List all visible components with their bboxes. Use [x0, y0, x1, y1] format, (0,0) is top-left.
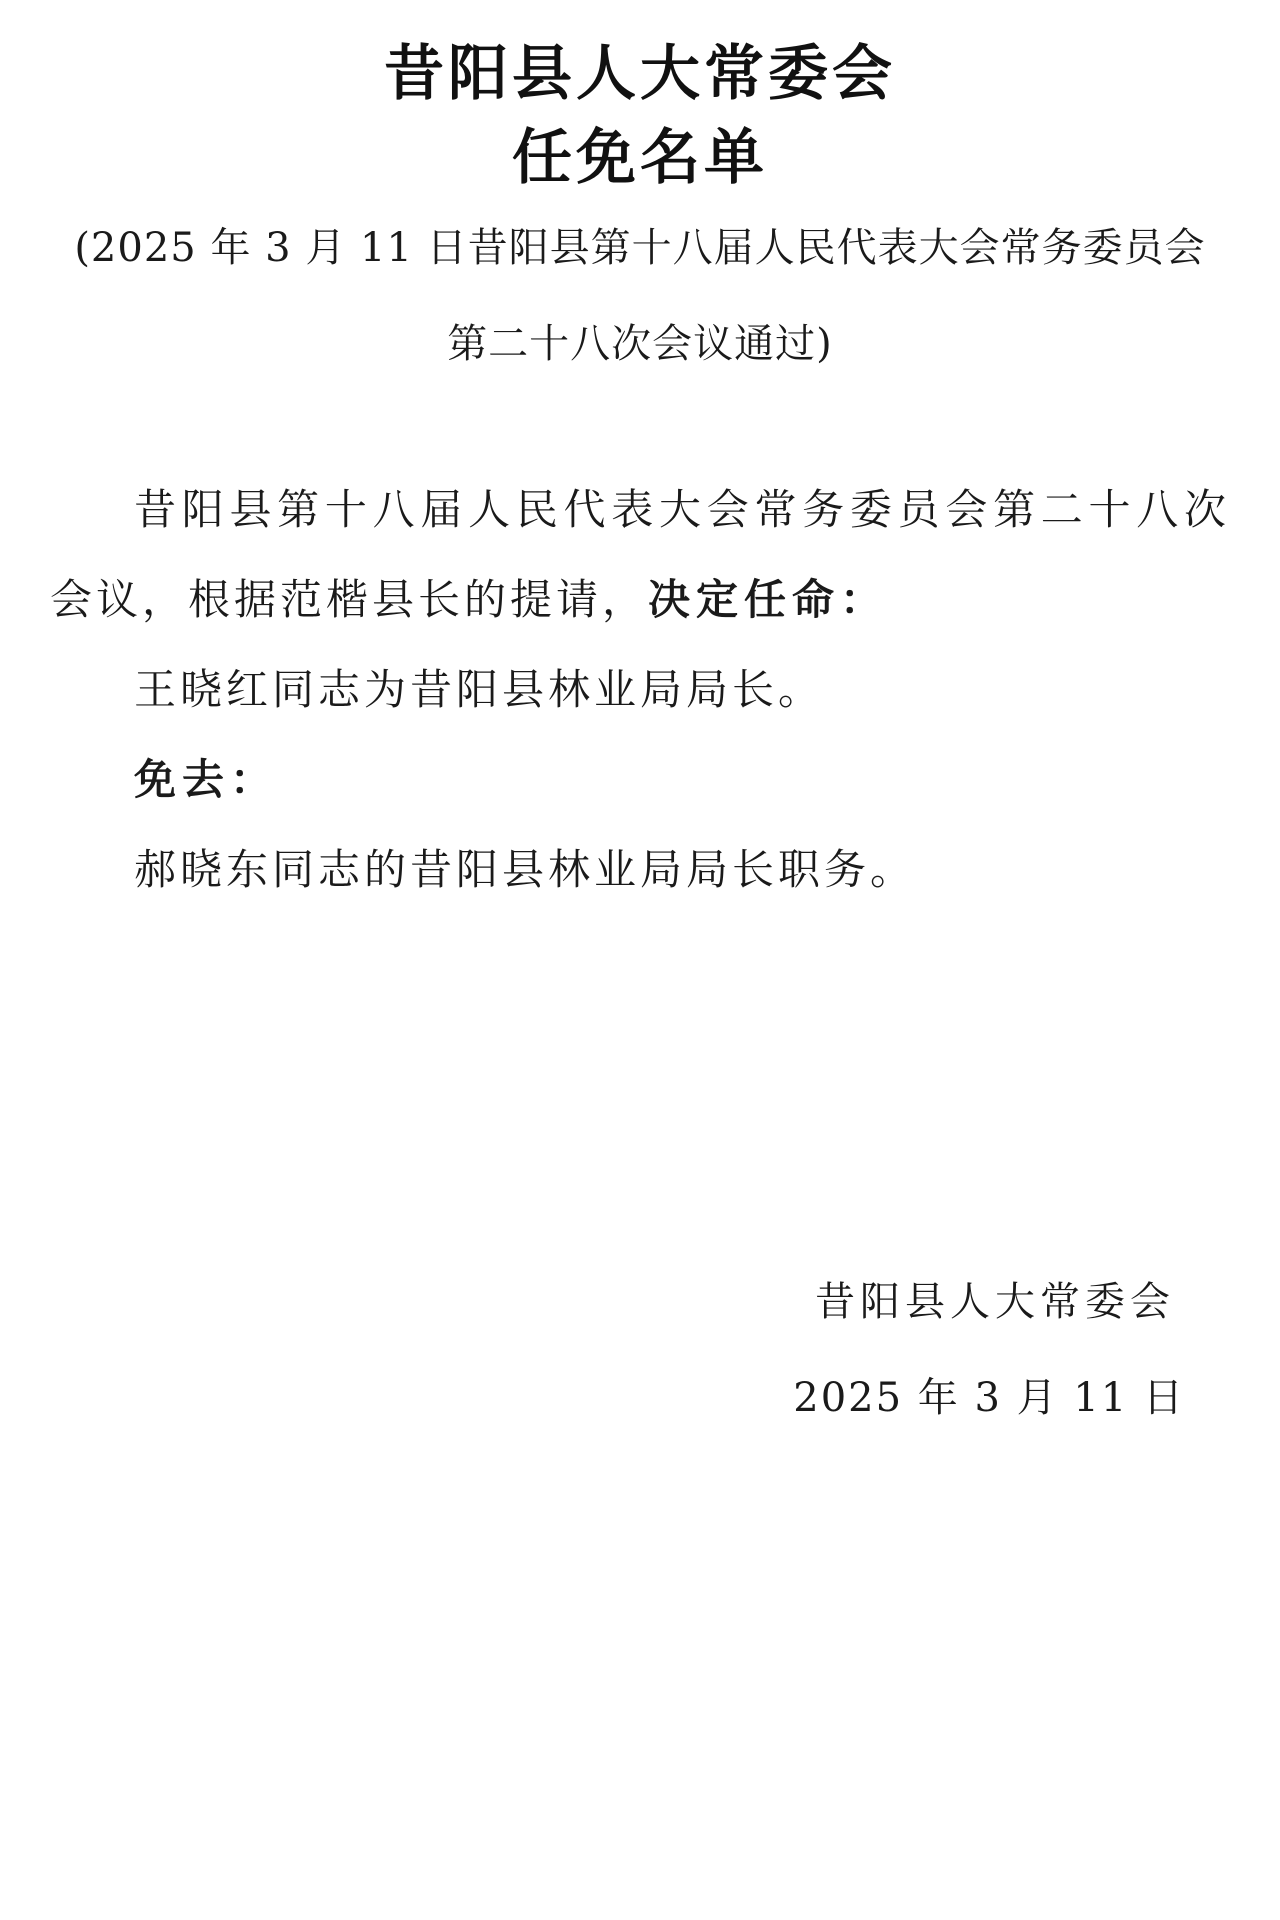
- appointment-heading: 决定任命：: [648, 575, 888, 624]
- paragraph-removal: 郝晓东同志的昔阳县林业局局长职务。: [50, 825, 1230, 915]
- document-content: 昔阳县人大常委会 任免名单 (2025 年 3 月 11 日昔阳县第十八届人民代…: [0, 0, 1280, 1446]
- paragraph-removal-heading: 免去：: [50, 735, 1230, 825]
- document-title-line2: 任免名单: [50, 116, 1230, 200]
- signature-date: 2025 年 3 月 11 日: [50, 1350, 1230, 1446]
- signature-block: 昔阳县人大常委会 2025 年 3 月 11 日: [50, 1254, 1230, 1446]
- document-body: 昔阳县第十八届人民代表大会常务委员会第二十八次会议，根据范楷县长的提请，决定任命…: [50, 465, 1230, 915]
- document-subtitle-line1: (2025 年 3 月 11 日昔阳县第十八届人民代表大会常务委员会: [50, 200, 1230, 296]
- document-subtitle-line2: 第二十八次会议通过): [50, 296, 1230, 392]
- document-page: 昔阳县人大常委会 任免名单 (2025 年 3 月 11 日昔阳县第十八届人民代…: [0, 0, 1280, 1920]
- document-title-line1: 昔阳县人大常委会: [50, 32, 1230, 116]
- signature-org: 昔阳县人大常委会: [50, 1254, 1230, 1350]
- paragraph-resolution: 昔阳县第十八届人民代表大会常务委员会第二十八次会议，根据范楷县长的提请，决定任命…: [50, 465, 1230, 645]
- paragraph-appointment: 王晓红同志为昔阳县林业局局长。: [50, 645, 1230, 735]
- resolution-text: 昔阳县第十八届人民代表大会常务委员会第二十八次会议，根据范楷县长的提请，: [50, 485, 1230, 624]
